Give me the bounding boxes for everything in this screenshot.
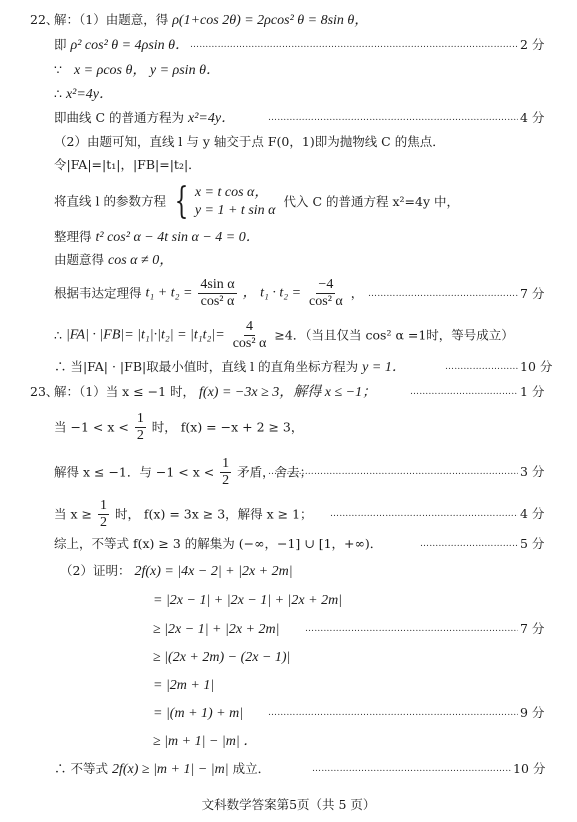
fraction: 1 2 — [135, 411, 146, 444]
score-label: 10 分 — [513, 761, 545, 777]
solution-line: 将直线 l 的参数方程 { x = t cos α， y = 1 + t sin… — [54, 181, 459, 221]
leader-dots: …………………………………………………………………………………………………………… — [312, 761, 512, 777]
solution-line: ≥ |m + 1| − |m| ． — [153, 733, 257, 750]
leader-dots: …………………………………………………………………………………………………………… — [368, 286, 518, 302]
solution-line: 整理得 t² cos² α − 4t sin α − 4 = 0． — [54, 229, 260, 246]
fraction: −4 cos² α — [307, 277, 345, 310]
solution-line: （2）由题可知，直线 l 与 y 轴交于点 F(0，1)即为抛物线 C 的焦点． — [54, 134, 445, 150]
leader-dots: …………………………………………………………………………………………………………… — [445, 359, 518, 375]
solution-line: 由题意得 cos α ≠ 0， — [54, 252, 173, 269]
leader-dots: …………………………………………………………………………………………………………… — [420, 536, 518, 552]
score-label: 4 分 — [520, 110, 544, 126]
score-label: 1 分 — [520, 384, 544, 400]
leader-dots: …………………………………………………………………………………………………………… — [190, 37, 518, 53]
leader-dots: …………………………………………………………………………………………………………… — [268, 464, 518, 480]
score-label: 2 分 — [520, 37, 544, 53]
leader-dots: …………………………………………………………………………………………………………… — [268, 705, 518, 721]
left-brace-icon: { — [175, 184, 189, 220]
solution-line: 即 ρ² cos² θ = 4ρsin θ． — [54, 37, 189, 54]
leader-dots: …………………………………………………………………………………………………………… — [305, 621, 518, 637]
solution-line: ∴ 不等式 2f(x) ≥ |m + 1| − |m| 成立． — [54, 761, 270, 778]
solution-line: ≥ |(2x + 2m) − (2x − 1)| — [153, 649, 290, 666]
solution-line: 当 −1 < x < 1 2 时， f(x) = −x + 2 ≥ 3， — [54, 410, 303, 444]
leader-dots: …………………………………………………………………………………………………………… — [410, 384, 518, 400]
solution-line: 根据韦达定理得 t₁ + t₂ = 4sin α cos² α ， t₁ · t… — [54, 276, 363, 310]
solution-line: 当 x ≥ 1 2 时， f(x) = 3x ≥ 3，解得 x ≥ 1； — [54, 497, 313, 531]
score-label: 9 分 — [520, 705, 544, 721]
score-label: 3 分 — [520, 464, 544, 480]
score-label: 7 分 — [520, 286, 544, 302]
fraction: 4 cos² α — [231, 319, 269, 352]
solution-line: 即曲线 C 的普通方程为 x²=4y． — [54, 110, 235, 127]
leader-dots: …………………………………………………………………………………………………………… — [330, 506, 518, 522]
solution-line: ∴ 当|FA| · |FB|取最小值时，直线 l 的直角坐标方程为 y = 1． — [54, 359, 406, 376]
solution-line: 解：（1）当 x ≤ −1 时， f(x) = −3x ≥ 3，解得 x ≤ −… — [54, 384, 376, 401]
parametric-system: x = t cos α， y = 1 + t sin α — [195, 184, 276, 220]
score-label: 10 分 — [520, 359, 552, 375]
solution-line: = |(m + 1) + m| — [153, 705, 243, 722]
solution-line: （2）证明： 2f(x) = |4x − 2| + |2x + 2m| — [60, 563, 293, 580]
solution-line: = |2m + 1| — [153, 677, 214, 694]
score-label: 5 分 — [520, 536, 544, 552]
fraction: 4sin α cos² α — [198, 277, 236, 310]
solution-line: ≥ |2x − 1| + |2x + 2m| — [153, 621, 279, 638]
score-label: 7 分 — [520, 621, 544, 637]
solution-line: ∴ |FA| · |FB|= |t₁|·|t₂| = |t₁t₂|= 4 cos… — [54, 318, 514, 352]
solution-line: ∴ x²=4y． — [54, 86, 113, 103]
solution-line: 令|FA|=|t₁|，|FB|=|t₂|． — [54, 157, 201, 173]
solution-line: 解：（1）由题意，得 ρ(1+cos 2θ) = 2ρcos² θ = 8sin… — [54, 12, 368, 29]
solution-line: = |2x − 1| + |2x − 1| + |2x + 2m| — [153, 592, 342, 609]
solution-line: 综上，不等式 f(x) ≥ 3 的解集为 (−∞，−1] ∪ [1，+∞)． — [54, 536, 382, 552]
solution-line: ∵ x = ρcos θ， y = ρsin θ． — [54, 62, 220, 79]
leader-dots: …………………………………………………………………………………………………………… — [268, 110, 518, 126]
fraction: 1 2 — [98, 498, 109, 531]
score-label: 4 分 — [520, 506, 544, 522]
fraction: 1 2 — [220, 456, 231, 489]
page-footer: 文科数学答案第5页（共 5 页） — [0, 795, 577, 813]
